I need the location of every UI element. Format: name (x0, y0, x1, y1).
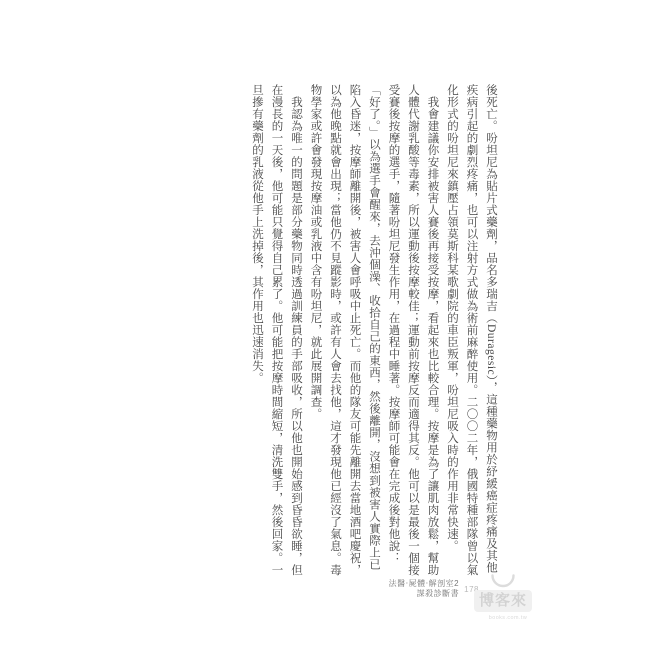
smile-icon (491, 574, 515, 588)
watermark-logo-text: 博客來 (474, 590, 532, 612)
body-text: 後死亡。吩坦尼為貼片式藥劑，品名多瑞吉（Duragesic），這種藥物用於紓緩癌… (247, 84, 501, 576)
watermark-site-text: books.com.tw (486, 615, 529, 620)
running-title: 法醫‧屍體‧解剖室2 謀殺診斷書 (383, 579, 459, 599)
book-title-line1: 法醫‧屍體‧解剖室2 (383, 579, 459, 589)
paragraph-3: 我認為唯一的問題是部分藥物同時透過訓練員的手部吸收，所以他也開始感到昏昏欲睡，但… (247, 84, 306, 576)
book-page: 後死亡。吩坦尼為貼片式藥劑，品名多瑞吉（Duragesic），這種藥物用於紓緩癌… (0, 0, 655, 655)
paragraph-1: 後死亡。吩坦尼為貼片式藥劑，品名多瑞吉（Duragesic），這種藥物用於紓緩癌… (442, 84, 501, 576)
page-footer: 法醫‧屍體‧解剖室2 謀殺診斷書 178 (383, 579, 479, 599)
paragraph-2: 我會建議你安排被害人賽後再接受按摩，看起來也比較合理。按摩是為了讓肌肉放鬆，幫助… (305, 84, 442, 576)
book-title-line2: 謀殺診斷書 (383, 589, 459, 599)
bookscomtw-watermark: 博客來 books.com.tw (474, 574, 532, 621)
page-number: 178 (464, 585, 479, 594)
